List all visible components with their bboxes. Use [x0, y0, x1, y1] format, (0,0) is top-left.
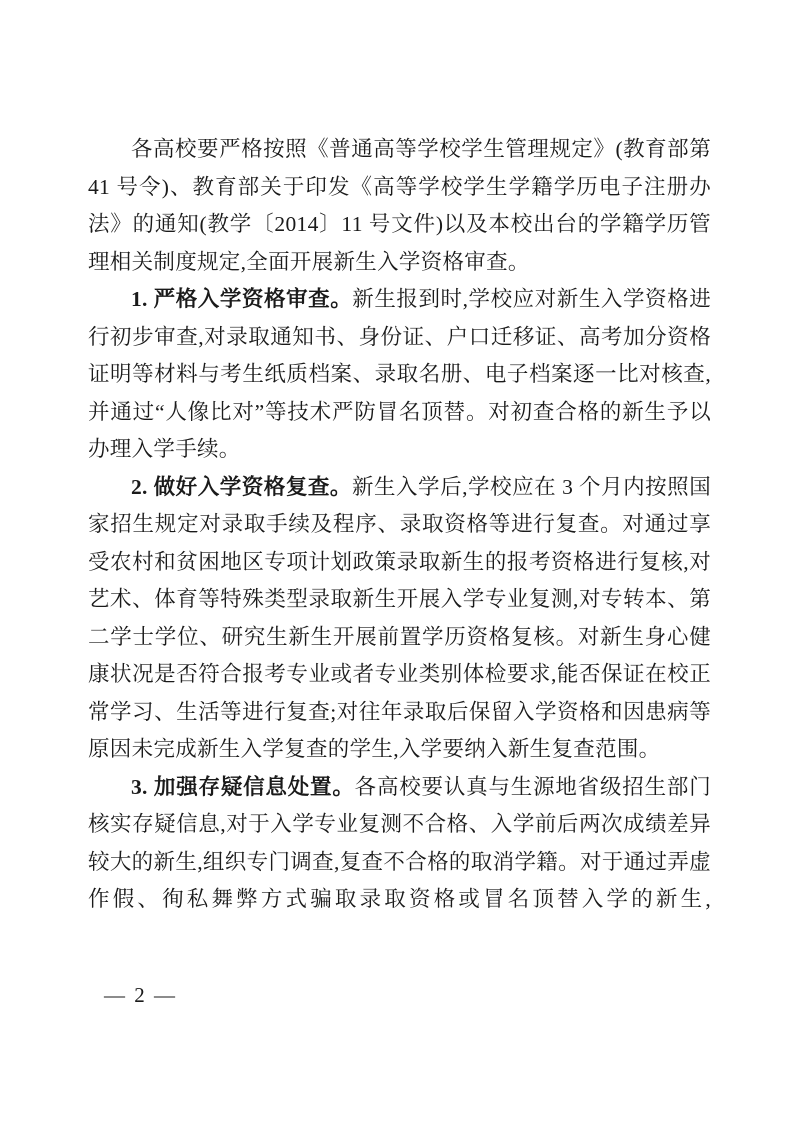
paragraph-item-3-heading: 3. 加强存疑信息处置。 [131, 775, 355, 799]
paragraph-item-1-text: 新生报到时,学校应对新生入学资格进行初步审查,对录取通知书、身份证、户口迁移证、… [88, 287, 711, 461]
paragraph-item-2: 2. 做好入学资格复查。新生入学后,学校应在 3 个月内按照国家招生规定对录取手… [88, 469, 711, 769]
paragraph-item-2-text: 新生入学后,学校应在 3 个月内按照国家招生规定对录取手续及程序、录取资格等进行… [88, 475, 711, 762]
page-number: — 2 — [104, 983, 177, 1008]
document-body: 各高校要严格按照《普通高等学校学生管理规定》(教育部第41 号令)、教育部关于印… [88, 131, 711, 919]
paragraph-item-2-heading: 2. 做好入学资格复查。 [131, 475, 352, 499]
paragraph-item-3: 3. 加强存疑信息处置。各高校要认真与生源地省级招生部门核实存疑信息,对于入学专… [88, 769, 711, 919]
paragraph-intro: 各高校要严格按照《普通高等学校学生管理规定》(教育部第41 号令)、教育部关于印… [88, 131, 711, 281]
paragraph-intro-text: 各高校要严格按照《普通高等学校学生管理规定》(教育部第41 号令)、教育部关于印… [88, 137, 711, 274]
paragraph-item-1: 1. 严格入学资格审查。新生报到时,学校应对新生入学资格进行初步审查,对录取通知… [88, 281, 711, 469]
document-page: 各高校要严格按照《普通高等学校学生管理规定》(教育部第41 号令)、教育部关于印… [0, 0, 793, 1122]
paragraph-item-1-heading: 1. 严格入学资格审查。 [131, 287, 352, 311]
